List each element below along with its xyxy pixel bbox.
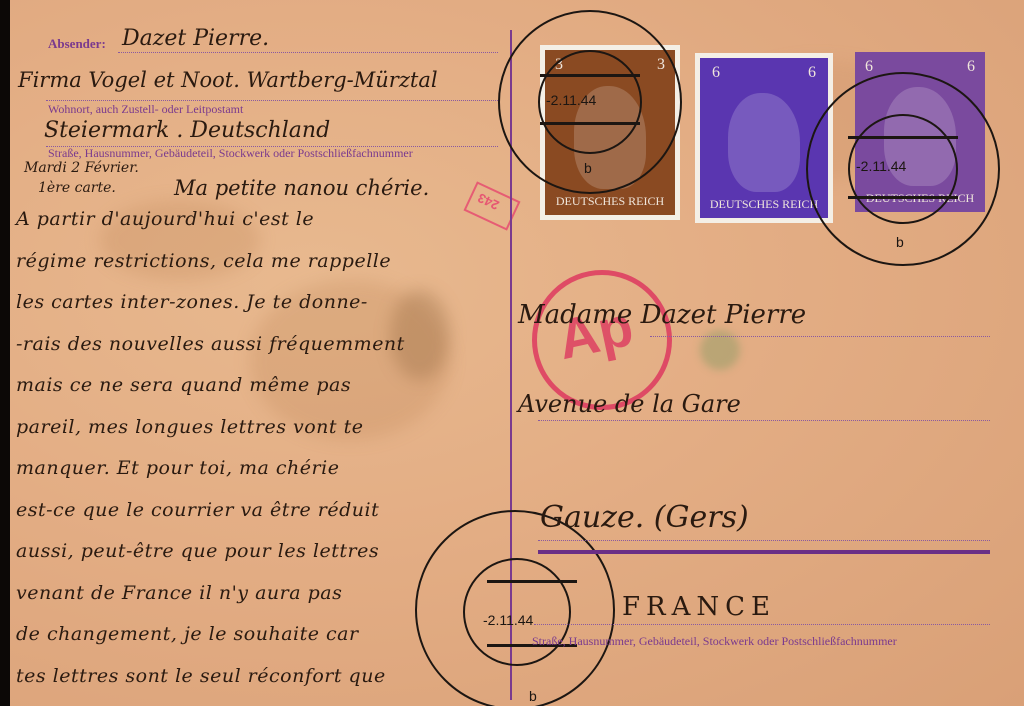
message-line: est-ce que le courrier va être réduit [16,499,379,521]
message-line: -rais des nouvelles aussi fréquemment [16,333,405,355]
dotted-line [118,52,498,53]
message-line: mais ce ne sera quand même pas [16,374,351,396]
message-line: les cartes inter-zones. Je te donne- [16,291,368,313]
postmark-code: b [584,160,592,176]
message-line: de changement, je le souhaite car [16,623,359,645]
stamp-value: 6 [967,58,975,76]
sender-region-line: Steiermark . Deutschland [44,118,330,143]
recipient-street: Avenue de la Gare [518,390,741,418]
postcard: Absender: Dazet Pierre. Firma Vogel et N… [10,0,1024,706]
sender-region-caption: Straße, Hausnummer, Gebäudeteil, Stockwe… [48,146,413,161]
message-line: A partir d'aujourd'hui c'est le [16,208,314,230]
sender-name: Dazet Pierre. [122,26,269,51]
stamp-value: 6 [865,58,873,76]
recipient-street-caption: Straße, Hausnummer, Gebäudeteil, Stockwe… [532,634,897,649]
postmark-bar [487,580,577,583]
message-line: venant de France il n'y aura pas [16,582,342,604]
dotted-line [538,540,990,541]
dotted-line [538,420,990,421]
postmark-bar [848,136,958,139]
stamp-country: DEUTSCHES REICH [700,197,828,212]
message-line: régime restrictions, cela me rappelle [16,250,391,272]
sender-address-line: Firma Vogel et Noot. Wartberg-Mürztal [18,68,438,92]
message-date: Mardi 2 Février. [24,160,139,176]
message-card-number: 1ère carte. [38,180,116,196]
dotted-line [650,336,990,337]
censor-box-number: 243 [475,190,501,213]
postmark-bar [540,122,640,125]
postmark: -2.11.44 b [498,10,682,194]
postmark-date: -2.11.44 [483,612,533,628]
dotted-line [534,624,990,625]
recipient-city: Gauze. (Gers) [540,500,749,535]
recipient-country: FRANCE [622,592,776,622]
message-greeting: Ma petite nanou chérie. [174,176,429,200]
city-underline [538,550,990,554]
postmark-bar [540,74,640,77]
scan-border [0,0,10,706]
message-line: pareil, mes longues lettres vont te [16,416,363,438]
postmark: -2.11.44 b [806,72,1000,266]
message-line: manquer. Et pour toi, ma chérie [16,457,339,479]
message-line: tes lettres sont le seul réconfort que [16,665,386,687]
postmark-code: b [896,234,904,250]
stamp-value: 6 [712,64,720,82]
message-line: aussi, peut-être que pour les lettres [16,540,379,562]
dotted-line [46,100,498,101]
stamp-country: DEUTSCHES REICH [545,194,675,209]
stamp-value: 6 [808,64,816,82]
sender-label: Absender: [48,36,106,52]
postmark-code: b [529,688,537,704]
recipient-name: Madame Dazet Pierre [518,300,806,330]
postmark-bar [848,196,958,199]
postmark-date: -2.11.44 [856,158,906,174]
sender-address-caption: Wohnort, auch Zustell- oder Leitpostamt [48,102,243,117]
postmark-date: -2.11.44 [546,92,596,108]
portrait [728,93,800,192]
